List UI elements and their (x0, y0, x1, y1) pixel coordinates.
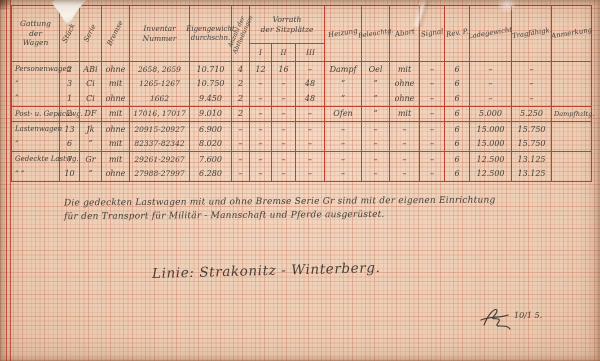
table-cell: – (232, 152, 250, 167)
table-cell: – (325, 137, 362, 152)
table-cell: 2658, 2659 (130, 62, 190, 77)
table-cell: – (362, 137, 390, 152)
header-text: Abort (394, 28, 415, 40)
header-tragfaehigkeit: Tragfähigk. (512, 6, 552, 61)
table-cell: – (470, 77, 512, 92)
table-cell: 6.280 (190, 167, 232, 182)
table-cell: ” (325, 77, 362, 92)
table-cell: mit (102, 152, 130, 167)
table-row: Personenwagen2ABiohne2658, 265910.710412… (12, 62, 592, 77)
table-cell: mit (390, 107, 420, 122)
header-text: der (29, 29, 42, 38)
table-cell: 2 (232, 107, 250, 122)
header-text: Tragfähigk. (511, 26, 552, 41)
table-cell: – (420, 91, 445, 106)
table-cell: 6 (445, 152, 470, 167)
table-cell: – (272, 77, 296, 92)
table-cell: 15.750 (512, 122, 552, 137)
table-cell: 2 (60, 107, 80, 122)
table-cell: – (250, 107, 272, 122)
signature-flourish-icon (478, 303, 516, 335)
table-cell: – (325, 152, 362, 167)
table-cell: 7.600 (190, 152, 232, 167)
header-inventar: Inventar Nummer (130, 6, 190, 61)
table-cell: Ci (80, 91, 102, 106)
table-cell: 20915-20927 (130, 122, 190, 137)
table-cell (552, 62, 592, 77)
table-cell: 82337-82342 (130, 137, 190, 152)
table-cell: 12.500 (470, 167, 512, 182)
table-cell: – (250, 77, 272, 92)
header-sitzplaetze: Vorrath der Sitzplätze I II III (250, 6, 325, 61)
table-cell (552, 167, 592, 182)
table-header: Gattung der Wagen Stück Serie Bremse Inv… (11, 5, 592, 62)
header-class-i: I (250, 44, 272, 61)
table-cell: Ofen (325, 107, 362, 122)
table-cell: 16 (272, 62, 296, 77)
header-text: Bremse (106, 19, 126, 47)
table-cell (552, 122, 592, 137)
table-cell: 5.250 (512, 107, 552, 122)
table-cell: 4 (232, 62, 250, 77)
table-cell: ABi (80, 62, 102, 77)
table-cell: – (232, 167, 250, 182)
table-cell: 1265-1267 (130, 77, 190, 92)
table-cell: – (250, 122, 272, 137)
table-cell: 12.500 (470, 152, 512, 167)
table-cell: – (250, 152, 272, 167)
table-cell: 48 (296, 91, 325, 106)
paper-crease (413, 0, 431, 28)
table-cell: ” (362, 91, 390, 106)
footnote-line-2: für den Transport für Militär - Mannscha… (64, 210, 385, 222)
header-eigengewicht: Eigengewicht durchschn. (190, 6, 232, 61)
table-cell: 6 (445, 167, 470, 182)
header-text: Serie (82, 23, 98, 44)
table-cell: Post- u. Gepäckwg. (12, 107, 60, 122)
table-cell: 6 (445, 77, 470, 92)
table-cell: 6.900 (190, 122, 232, 137)
table-cell: – (420, 167, 445, 182)
table-cell: 9.450 (190, 91, 232, 106)
table-cell (552, 137, 592, 152)
table-cell: ohne (102, 167, 130, 182)
margin-rule (6, 0, 7, 361)
table-cell: – (296, 137, 325, 152)
table-cell: – (470, 91, 512, 106)
table-cell: 10.750 (190, 77, 232, 92)
paper-crease-highlight (497, 0, 517, 13)
table-cell: ohne (102, 122, 130, 137)
table-cell: 10.710 (190, 62, 232, 77)
table-cell: Dampf (325, 62, 362, 77)
table-cell: mit (390, 62, 420, 77)
header-bremse: Bremse (102, 6, 130, 61)
table-row: ”3Cimit1265-126710.7502––48””ohne–6–– (12, 77, 592, 92)
table-cell (552, 152, 592, 167)
table-cell: 6 (60, 137, 80, 152)
table-cell: ” (80, 137, 102, 152)
table-cell: 15.000 (470, 137, 512, 152)
header-text: Stück (61, 22, 78, 44)
table-row: ”6”mit82337-823428.020––––––––615.00015.… (12, 137, 592, 153)
table-cell: Gedeckte Lastwg. (12, 152, 60, 167)
table-cell: – (420, 137, 445, 152)
table-cell: 9.010 (190, 107, 232, 122)
header-text: Ladegewicht (468, 26, 513, 41)
table-cell: – (362, 167, 390, 182)
table-row: Post- u. Gepäckwg.2DFmit17016, 170179.01… (12, 107, 592, 123)
table-cell: ohne (102, 91, 130, 106)
header-text: Anmerkung (550, 26, 592, 41)
header-text: durchschn. (191, 34, 231, 43)
table-cell: – (272, 152, 296, 167)
line-title: Linie: Strakonitz - Winterberg. (152, 260, 381, 282)
table-cell: – (296, 152, 325, 167)
header-text: der Sitzplätze (261, 25, 314, 34)
table-cell: – (512, 77, 552, 92)
table-cell: – (250, 167, 272, 182)
table-cell: Jk (80, 122, 102, 137)
table-cell: ” (12, 137, 60, 152)
table-cell: – (325, 167, 362, 182)
header-sitzplaetze-title: Vorrath der Sitzplätze (250, 6, 324, 43)
table-cell: 12 (250, 62, 272, 77)
ledger-sheet: Gattung der Wagen Stück Serie Bremse Inv… (0, 0, 600, 361)
table-cell: – (296, 107, 325, 122)
table-cell: ” (325, 91, 362, 106)
table-cell: – (232, 137, 250, 152)
table-cell: – (325, 122, 362, 137)
wagon-table: Gattung der Wagen Stück Serie Bremse Inv… (11, 5, 592, 182)
table-cell: 17016, 17017 (130, 107, 190, 122)
table-cell: mit (102, 77, 130, 92)
table-cell: 2 (232, 91, 250, 106)
table-cell: – (296, 62, 325, 77)
table-cell: ” (12, 91, 60, 106)
table-cell: 6 (445, 62, 470, 77)
table-cell: – (390, 167, 420, 182)
table-cell: 5.000 (470, 107, 512, 122)
table-cell: – (390, 122, 420, 137)
header-sitzplaetze-classes: I II III (250, 43, 324, 61)
table-cell: 15.750 (512, 137, 552, 152)
header-class-iii: III (296, 44, 325, 61)
table-cell: ” (12, 77, 60, 92)
table-cell: 15.000 (470, 122, 512, 137)
table-cell: ” (362, 77, 390, 92)
table-body: Personenwagen2ABiohne2658, 265910.710412… (11, 62, 592, 182)
header-text: Nummer (143, 34, 177, 43)
table-cell: – (272, 137, 296, 152)
table-cell (552, 91, 592, 106)
table-cell: – (296, 167, 325, 182)
table-cell: 27988-27997 (130, 167, 190, 182)
table-cell: – (420, 152, 445, 167)
table-cell: ” ” (12, 167, 60, 182)
table-cell: 13 (60, 122, 80, 137)
table-cell: 6 (445, 91, 470, 106)
table-cell: – (390, 137, 420, 152)
table-cell: Gr (80, 152, 102, 167)
table-row: Lastenwagen13Jkohne20915-209276.900–––––… (12, 122, 592, 137)
header-text: Wagen (23, 38, 49, 47)
table-cell: – (250, 91, 272, 106)
header-text: Heizung (328, 27, 359, 40)
header-text: Signal (420, 27, 444, 39)
table-row: Gedeckte Lastwg.7Grmit29261-292677.600––… (12, 152, 592, 167)
header-text: Eigengewicht (186, 25, 235, 34)
header-serie: Serie (80, 6, 102, 61)
header-text: Inventar (143, 24, 175, 33)
table-cell: – (250, 137, 272, 152)
signature-date: 10/1 5. (514, 311, 542, 320)
table-cell: – (272, 91, 296, 106)
table-cell: – (512, 62, 552, 77)
table-cell: 2 (60, 62, 80, 77)
table-cell: – (420, 122, 445, 137)
header-heizung: Heizung (325, 6, 362, 61)
header-anmerkung: Anmerkung (552, 6, 592, 61)
table-cell: – (420, 62, 445, 77)
table-cell: – (272, 122, 296, 137)
table-cell: 6 (445, 122, 470, 137)
table-cell: mit (102, 137, 130, 152)
table-cell: 10 (60, 167, 80, 182)
table-cell: 7 (60, 152, 80, 167)
table-cell: – (420, 77, 445, 92)
table-cell: mit (102, 107, 130, 122)
table-cell: 29261-29267 (130, 152, 190, 167)
table-cell: 1662 (130, 91, 190, 106)
header-abtheilungen: Anzahl der Abtheilungen (232, 6, 250, 61)
header-class-ii: II (272, 44, 296, 61)
table-cell: ” (80, 167, 102, 182)
table-cell: 1 (60, 91, 80, 106)
table-cell: – (470, 62, 512, 77)
table-cell: – (272, 107, 296, 122)
table-cell: 6 (445, 137, 470, 152)
header-gattung: Gattung der Wagen (12, 6, 60, 61)
header-text: Rev. P. (445, 27, 469, 39)
header-text: Gattung (20, 19, 51, 28)
table-cell: 8.020 (190, 137, 232, 152)
table-cell: 13.125 (512, 152, 552, 167)
table-cell: Personenwagen (12, 62, 60, 77)
table-cell: ” (362, 107, 390, 122)
table-cell: ohne (390, 91, 420, 106)
table-cell: – (390, 152, 420, 167)
table-row: ” ”10”ohne27988-279976.280––––––––612.50… (12, 167, 592, 183)
table-cell: – (272, 167, 296, 182)
corner-stain (0, 0, 13, 10)
table-cell: DF (80, 107, 102, 122)
header-text: Vorrath (273, 15, 302, 24)
table-cell: – (296, 122, 325, 137)
header-beleuchtung: Beleuchtg. (362, 6, 390, 61)
header-rev-p: Rev. P. (445, 6, 470, 61)
table-cell: ohne (390, 77, 420, 92)
signature: 10/1 5. (478, 303, 548, 339)
table-cell: Ci (80, 77, 102, 92)
table-cell: Oel (362, 62, 390, 77)
table-cell: 13.125 (512, 167, 552, 182)
header-text: Beleuchtg. (357, 27, 393, 41)
table-cell: – (362, 122, 390, 137)
table-cell: – (420, 107, 445, 122)
table-cell: Dampfhzltg. (552, 107, 592, 122)
table-cell: – (512, 91, 552, 106)
footnote-line-1: Die gedeckten Lastwagen mit und ohne Bre… (64, 195, 495, 208)
header-ladegewicht: Ladegewicht (470, 6, 512, 61)
table-cell: 6 (445, 107, 470, 122)
table-cell: – (362, 152, 390, 167)
table-cell: – (232, 122, 250, 137)
table-row: ”1Ciohne16629.4502––48””ohne–6–– (12, 91, 592, 107)
table-cell: Lastenwagen (12, 122, 60, 137)
table-cell (552, 77, 592, 92)
table-cell: 3 (60, 77, 80, 92)
table-cell: 2 (232, 77, 250, 92)
table-cell: ohne (102, 62, 130, 77)
table-cell: 48 (296, 77, 325, 92)
